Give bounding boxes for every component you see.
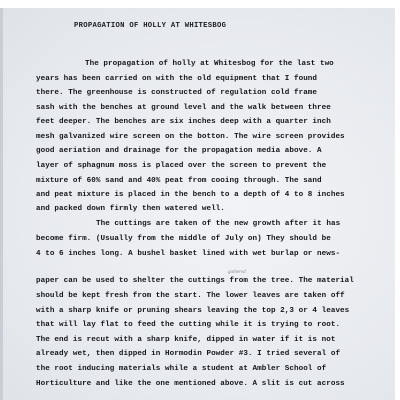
text-line: The cuttings are taken of the new growth… <box>96 220 340 228</box>
text-line: that will lay flat to feed the cutting w… <box>36 321 340 329</box>
text-line: good aeriation and drainage for the prop… <box>36 147 322 155</box>
text-line: should be kept fresh from the start. The… <box>36 292 345 300</box>
text-line: become firm. (Usually from the middle of… <box>36 235 331 243</box>
text-line: with a sharp knife or pruning shears lea… <box>36 307 349 315</box>
text-line: 4 to 6 inches long. A bushel basket line… <box>36 250 340 258</box>
text-line: The end is recut with a sharp knife, dip… <box>36 336 335 344</box>
text-line: there. The greenhouse is constructed of … <box>36 89 317 97</box>
document-title: PROPAGATION OF HOLLY AT WHITESBOG <box>74 22 226 30</box>
text-line: Horticulture and like the one mentioned … <box>36 380 345 388</box>
text-line: layer of sphagnum moss is placed over th… <box>36 162 326 170</box>
text-line: The propagation of holly at Whitesbog fo… <box>85 60 334 68</box>
handwritten-annotation: gathered <box>228 270 246 275</box>
text-line: sash with the benches at ground level an… <box>36 104 331 112</box>
text-line: and peat mixture is placed in the bench … <box>36 191 345 199</box>
text-line: paper can be used to shelter the cutting… <box>36 277 354 285</box>
text-line: mesh galvanized wire screen on the botto… <box>36 133 345 141</box>
text-line: and packed down firmly then watered well… <box>36 205 225 213</box>
text-line: already wet, then dipped in Hormodin Pow… <box>36 350 340 358</box>
text-line: years has been carried on with the old e… <box>36 75 317 83</box>
text-line: the root inducing materials while a stud… <box>36 365 326 373</box>
text-line: feet deeper. The benches are six inches … <box>36 118 331 126</box>
text-line: mixture of 60% sand and 40% peat from co… <box>36 177 322 185</box>
